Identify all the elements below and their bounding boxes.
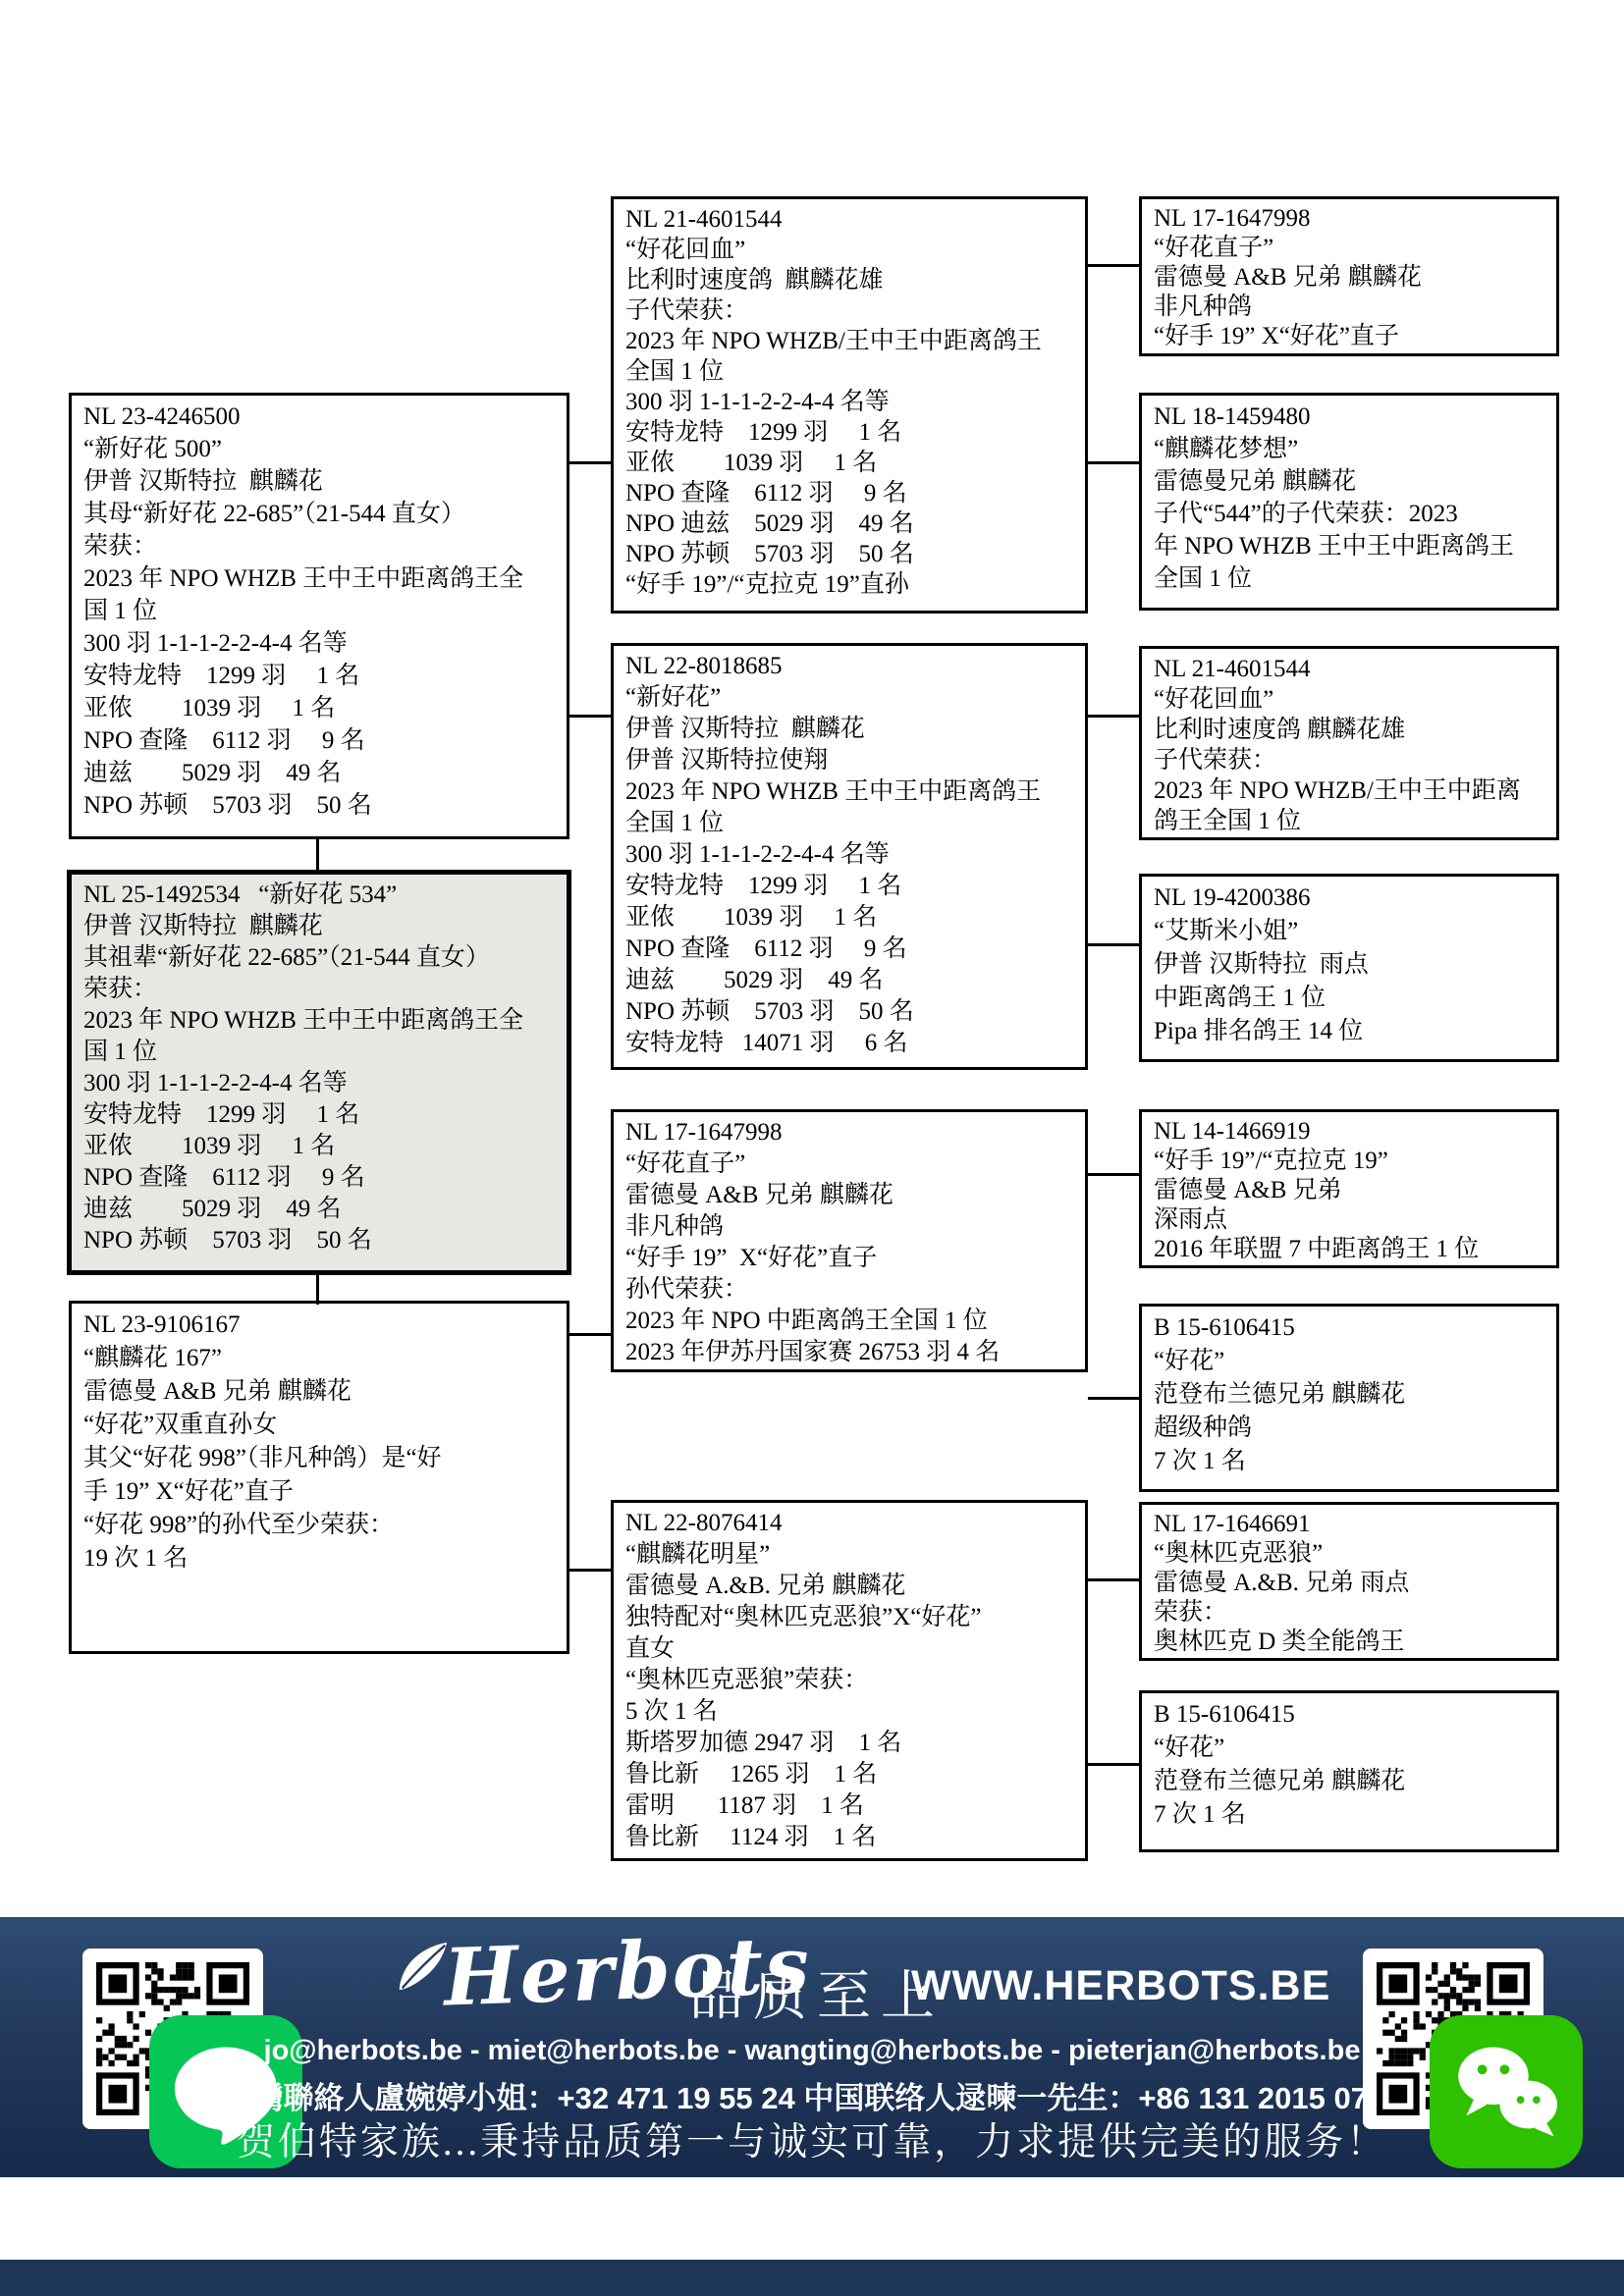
- box-nl23-9106167: NL 23-9106167“麒麟花 167”雷德曼 A&B 兄弟 麒麟花“好花”…: [69, 1301, 569, 1654]
- pedigree-text-line: 独特配对“奥林匹克恶狼”X“好花”: [625, 1602, 1073, 1633]
- connector-line: [1088, 943, 1139, 946]
- pedigree-text-line: NL 23-4246500: [83, 400, 555, 433]
- pedigree-text-line: B 15-6106415: [1154, 1311, 1544, 1345]
- pedigree-text-line: “好手 19” X“好花”直子: [625, 1243, 1073, 1274]
- pedigree-text-line: NPO 苏顿 5703 羽 50 名: [83, 1225, 555, 1256]
- pedigree-text-line: 伊普 汉斯特拉使翔: [625, 745, 1073, 776]
- connector-line: [316, 1271, 319, 1305]
- box-nl17-1647998-mid: NL 17-1647998“好花直子”雷德曼 A&B 兄弟 麒麟花非凡种鸽“好手…: [611, 1109, 1088, 1372]
- pedigree-text-line: NL 21-4601544: [1154, 654, 1544, 684]
- connector-line: [569, 1333, 611, 1336]
- pedigree-text-line: “好手 19” X“好花”直子: [1154, 322, 1544, 351]
- box-nl17-1646691: NL 17-1646691“奥林匹克恶狼”雷德曼 A.&B. 兄弟 雨点荣获：奥…: [1139, 1502, 1559, 1661]
- pedigree-text-line: 300 羽 1-1-1-2-2-4-4 名等: [83, 1068, 555, 1099]
- pedigree-text-line: 超级种鸽: [1154, 1412, 1544, 1445]
- pedigree-text-line: 7 次 1 名: [1154, 1798, 1544, 1832]
- footer-banner: Herbots 品质至上 WWW.HERBOTS.BE jo@herbots.b…: [0, 1917, 1624, 2177]
- connector-line: [1088, 1397, 1139, 1400]
- pedigree-text-line: 300 羽 1-1-1-2-2-4-4 名等: [625, 839, 1073, 871]
- pedigree-text-line: 雷德曼 A&B 兄弟 麒麟花: [83, 1375, 555, 1409]
- pedigree-text-line: 7 次 1 名: [1154, 1445, 1544, 1478]
- pedigree-text-line: 荣获：: [83, 530, 555, 562]
- pedigree-text-line: 全国 1 位: [1154, 562, 1544, 595]
- pedigree-text-line: 斯塔罗加德 2947 羽 1 名: [625, 1728, 1073, 1759]
- pedigree-text-line: 鲁比新 1265 羽 1 名: [625, 1759, 1073, 1790]
- pedigree-text-line: NPO 苏顿 5703 羽 50 名: [625, 539, 1073, 569]
- box-nl22-8076414: NL 22-8076414“麒麟花明星”雷德曼 A.&B. 兄弟 麒麟花独特配对…: [611, 1500, 1088, 1861]
- pedigree-text-line: 2023 年伊苏丹国家赛 26753 羽 4 名: [625, 1337, 1073, 1368]
- pedigree-text-line: NL 18-1459480: [1154, 400, 1544, 433]
- pedigree-text-line: 伊普 汉斯特拉 麒麟花: [83, 465, 555, 498]
- connector-line: [1088, 1173, 1139, 1176]
- pedigree-text-line: 19 次 1 名: [83, 1542, 555, 1575]
- pedigree-text-line: 伊普 汉斯特拉 雨点: [1154, 948, 1544, 982]
- pedigree-text-line: 2023 年 NPO WHZB 王中王中距离鸽王全: [83, 562, 555, 595]
- pedigree-text-line: 深雨点: [1154, 1205, 1544, 1235]
- pedigree-text-line: 全国 1 位: [625, 356, 1073, 387]
- pedigree-text-line: 孙代荣获：: [625, 1274, 1073, 1306]
- pedigree-text-line: 非凡种鸽: [625, 1211, 1073, 1243]
- pedigree-text-line: “好手 19”/“克拉克 19”直孙: [625, 569, 1073, 600]
- connector-line: [316, 836, 319, 874]
- pedigree-text-line: 迪兹 5029 羽 49 名: [625, 965, 1073, 996]
- pedigree-text-line: 雷德曼 A&B 兄弟 麒麟花: [1154, 263, 1544, 293]
- pedigree-text-line: NL 17-1646691: [1154, 1510, 1544, 1539]
- pedigree-text-line: NPO 查隆 6112 羽 9 名: [625, 934, 1073, 965]
- wechat-icon: [1430, 2015, 1477, 2062]
- pedigree-text-line: “好手 19”/“克拉克 19”: [1154, 1147, 1544, 1176]
- pedigree-text-line: “新好花”: [625, 682, 1073, 714]
- pedigree-text-line: “新好花 500”: [83, 433, 555, 465]
- pedigree-text-line: 雷德曼 A.&B. 兄弟 雨点: [1154, 1569, 1544, 1598]
- pedigree-text-line: 2023 年 NPO 中距离鸽王全国 1 位: [625, 1306, 1073, 1337]
- pedigree-text-line: NPO 迪兹 5029 羽 49 名: [625, 508, 1073, 539]
- pedigree-text-line: 迪兹 5029 羽 49 名: [83, 1194, 555, 1225]
- pedigree-text-line: 安特龙特 1299 羽 1 名: [83, 1099, 555, 1131]
- pedigree-text-line: “好花”双重直孙女: [83, 1409, 555, 1442]
- pedigree-text-line: 手 19” X“好花”直子: [83, 1475, 555, 1509]
- pedigree-text-line: “奥林匹克恶狼”: [1154, 1539, 1544, 1569]
- pedigree-text-line: NPO 查隆 6112 羽 9 名: [83, 724, 555, 757]
- box-nl14-1466919: NL 14-1466919“好手 19”/“克拉克 19”雷德曼 A&B 兄弟深…: [1139, 1109, 1559, 1268]
- pedigree-text-line: “好花”: [1154, 1732, 1544, 1765]
- pedigree-text-line: 比利时速度鸽 麒麟花雄: [1154, 715, 1544, 745]
- pedigree-text-line: 雷德曼 A&B 兄弟: [1154, 1176, 1544, 1205]
- pedigree-text-line: 亚侬 1039 羽 1 名: [83, 1131, 555, 1162]
- pedigree-text-line: 年 NPO WHZB 王中王中距离鸽王: [1154, 530, 1544, 562]
- pedigree-text-line: “麒麟花明星”: [625, 1539, 1073, 1571]
- footer-slogan: 品质至上: [689, 1952, 945, 2030]
- pedigree-text-line: 安特龙特 1299 羽 1 名: [625, 417, 1073, 448]
- pedigree-text-line: 安特龙特 14071 羽 6 名: [625, 1028, 1073, 1059]
- pedigree-text-line: “麒麟花 167”: [83, 1342, 555, 1375]
- pedigree-text-line: 亚侬 1039 羽 1 名: [625, 902, 1073, 934]
- box-nl21-4601544-sire: NL 21-4601544“好花回血”比利时速度鸽 麒麟花雄子代荣获：2023 …: [611, 196, 1088, 614]
- box-nl25-1492534-subject: NL 25-1492534 “新好花 534”伊普 汉斯特拉 麒麟花其祖辈“新好…: [67, 870, 571, 1275]
- pedigree-text-line: NPO 查隆 6112 羽 9 名: [625, 478, 1073, 508]
- wechat-qr-code: [1363, 1949, 1543, 2129]
- pedigree-text-line: 迪兹 5029 羽 49 名: [83, 757, 555, 789]
- website-url: WWW.HERBOTS.BE: [911, 1962, 1330, 2010]
- box-nl23-4246500: NL 23-4246500“新好花 500”伊普 汉斯特拉 麒麟花其母“新好花 …: [69, 393, 569, 839]
- pedigree-text-line: “好花回血”: [625, 235, 1073, 265]
- pedigree-text-line: NPO 查隆 6112 羽 9 名: [83, 1162, 555, 1194]
- connector-line: [1088, 264, 1139, 267]
- pedigree-text-line: 范登布兰德兄弟 麒麟花: [1154, 1765, 1544, 1798]
- pedigree-text-line: 2023 年 NPO WHZB 王中王中距离鸽王全: [83, 1005, 555, 1037]
- box-nl21-4601544-right: NL 21-4601544“好花回血”比利时速度鸽 麒麟花雄子代荣获：2023 …: [1139, 646, 1559, 840]
- pedigree-text-line: 5 次 1 名: [625, 1696, 1073, 1728]
- pedigree-text-line: NPO 苏顿 5703 羽 50 名: [83, 789, 555, 822]
- pedigree-text-line: 子代荣获：: [1154, 745, 1544, 775]
- pedigree-document: NL 23-4246500“新好花 500”伊普 汉斯特拉 麒麟花其母“新好花 …: [0, 0, 1624, 2296]
- pedigree-text-line: “好花直子”: [625, 1148, 1073, 1180]
- pedigree-text-line: 亚侬 1039 羽 1 名: [625, 448, 1073, 478]
- pedigree-text-line: 荣获：: [83, 974, 555, 1005]
- connector-line: [1088, 461, 1139, 464]
- pedigree-text-line: “好花”: [1154, 1345, 1544, 1378]
- pedigree-text-line: 2023 年 NPO WHZB/王中王中距离: [1154, 775, 1544, 806]
- connector-line: [1088, 1578, 1139, 1581]
- pedigree-text-line: 2016 年联盟 7 中距离鸽王 1 位: [1154, 1235, 1544, 1264]
- pedigree-text-line: 雷明 1187 羽 1 名: [625, 1790, 1073, 1822]
- pedigree-text-line: “好花直子”: [1154, 234, 1544, 263]
- pedigree-text-line: 其父“好花 998”（非凡种鸽）是“好: [83, 1442, 555, 1475]
- pedigree-text-line: 亚侬 1039 羽 1 名: [83, 692, 555, 724]
- pedigree-text-line: 荣获：: [1154, 1598, 1544, 1628]
- pedigree-text-line: NL 22-8076414: [625, 1508, 1073, 1539]
- pedigree-text-line: “好花回血”: [1154, 684, 1544, 715]
- pedigree-text-line: 雷德曼兄弟 麒麟花: [1154, 465, 1544, 498]
- connector-line: [1088, 1763, 1139, 1766]
- pedigree-text-line: 其祖辈“新好花 22-685”（21-544 直女）: [83, 942, 555, 974]
- pedigree-text-line: 300 羽 1-1-1-2-2-4-4 名等: [625, 387, 1073, 417]
- pedigree-text-line: 非凡种鸽: [1154, 293, 1544, 322]
- pedigree-text-line: 中距离鸽王 1 位: [1154, 982, 1544, 1015]
- pedigree-text-line: NL 14-1466919: [1154, 1117, 1544, 1147]
- pedigree-text-line: 子代荣获：: [625, 295, 1073, 326]
- pedigree-text-line: “艾斯米小姐”: [1154, 915, 1544, 948]
- pedigree-text-line: NL 19-4200386: [1154, 881, 1544, 915]
- pedigree-text-line: 安特龙特 1299 羽 1 名: [83, 660, 555, 692]
- box-b15-6106415-b: B 15-6106415“好花”范登布兰德兄弟 麒麟花7 次 1 名: [1139, 1690, 1559, 1852]
- box-nl22-8018685: NL 22-8018685“新好花”伊普 汉斯特拉 麒麟花伊普 汉斯特拉使翔20…: [611, 643, 1088, 1070]
- pedigree-text-line: NL 25-1492534 “新好花 534”: [83, 880, 555, 911]
- pedigree-text-line: 鲁比新 1124 羽 1 名: [625, 1822, 1073, 1853]
- pedigree-text-line: “麒麟花梦想”: [1154, 433, 1544, 465]
- connector-line: [569, 715, 611, 718]
- pedigree-text-line: 其母“新好花 22-685”（21-544 直女）: [83, 498, 555, 530]
- pedigree-text-line: 鸽王全国 1 位: [1154, 806, 1544, 836]
- box-nl17-1647998-right: NL 17-1647998“好花直子”雷德曼 A&B 兄弟 麒麟花非凡种鸽“好手…: [1139, 196, 1559, 356]
- pedigree-text-line: NL 17-1647998: [625, 1117, 1073, 1148]
- pedigree-text-line: 国 1 位: [83, 595, 555, 627]
- pedigree-text-line: NL 17-1647998: [1154, 204, 1544, 234]
- pedigree-text-line: 2023 年 NPO WHZB/王中王中距离鸽王: [625, 326, 1073, 356]
- box-nl19-4200386: NL 19-4200386“艾斯米小姐”伊普 汉斯特拉 雨点中距离鸽王 1 位P…: [1139, 874, 1559, 1062]
- pedigree-text-line: 伊普 汉斯特拉 麒麟花: [83, 911, 555, 942]
- pedigree-text-line: 子代“544”的子代荣获：2023: [1154, 498, 1544, 530]
- pedigree-text-line: B 15-6106415: [1154, 1698, 1544, 1732]
- pedigree-text-line: 安特龙特 1299 羽 1 名: [625, 871, 1073, 902]
- pedigree-text-line: 雷德曼 A&B 兄弟 麒麟花: [625, 1180, 1073, 1211]
- pedigree-text-line: 比利时速度鸽 麒麟花雄: [625, 265, 1073, 295]
- pedigree-text-line: 2023 年 NPO WHZB 王中王中距离鸽王: [625, 776, 1073, 808]
- pedigree-text-line: “好花 998”的孙代至少荣获：: [83, 1509, 555, 1542]
- connector-line: [569, 1569, 611, 1572]
- connector-line: [1088, 715, 1139, 718]
- pedigree-text-line: 雷德曼 A.&B. 兄弟 麒麟花: [625, 1571, 1073, 1602]
- pedigree-text-line: Pipa 排名鸽王 14 位: [1154, 1015, 1544, 1048]
- connector-line: [569, 461, 611, 464]
- box-b15-6106415-a: B 15-6106415“好花”范登布兰德兄弟 麒麟花超级种鸽7 次 1 名: [1139, 1304, 1559, 1492]
- pedigree-text-line: 伊普 汉斯特拉 麒麟花: [625, 714, 1073, 745]
- box-nl18-1459480: NL 18-1459480“麒麟花梦想”雷德曼兄弟 麒麟花子代“544”的子代荣…: [1139, 393, 1559, 611]
- pedigree-text-line: “奥林匹克恶狼”荣获：: [625, 1665, 1073, 1696]
- pedigree-text-line: 国 1 位: [83, 1037, 555, 1068]
- pedigree-text-line: 全国 1 位: [625, 808, 1073, 839]
- pedigree-text-line: NL 22-8018685: [625, 651, 1073, 682]
- pedigree-text-line: NPO 苏顿 5703 羽 50 名: [625, 996, 1073, 1028]
- pedigree-text-line: NL 23-9106167: [83, 1308, 555, 1342]
- pedigree-text-line: 奥林匹克 D 类全能鸽王: [1154, 1628, 1544, 1657]
- pedigree-text-line: 范登布兰德兄弟 麒麟花: [1154, 1378, 1544, 1412]
- bottom-border-strip: [0, 2260, 1624, 2296]
- pedigree-text-line: NL 21-4601544: [625, 204, 1073, 235]
- pedigree-text-line: 直女: [625, 1633, 1073, 1665]
- pedigree-text-line: 300 羽 1-1-1-2-2-4-4 名等: [83, 627, 555, 660]
